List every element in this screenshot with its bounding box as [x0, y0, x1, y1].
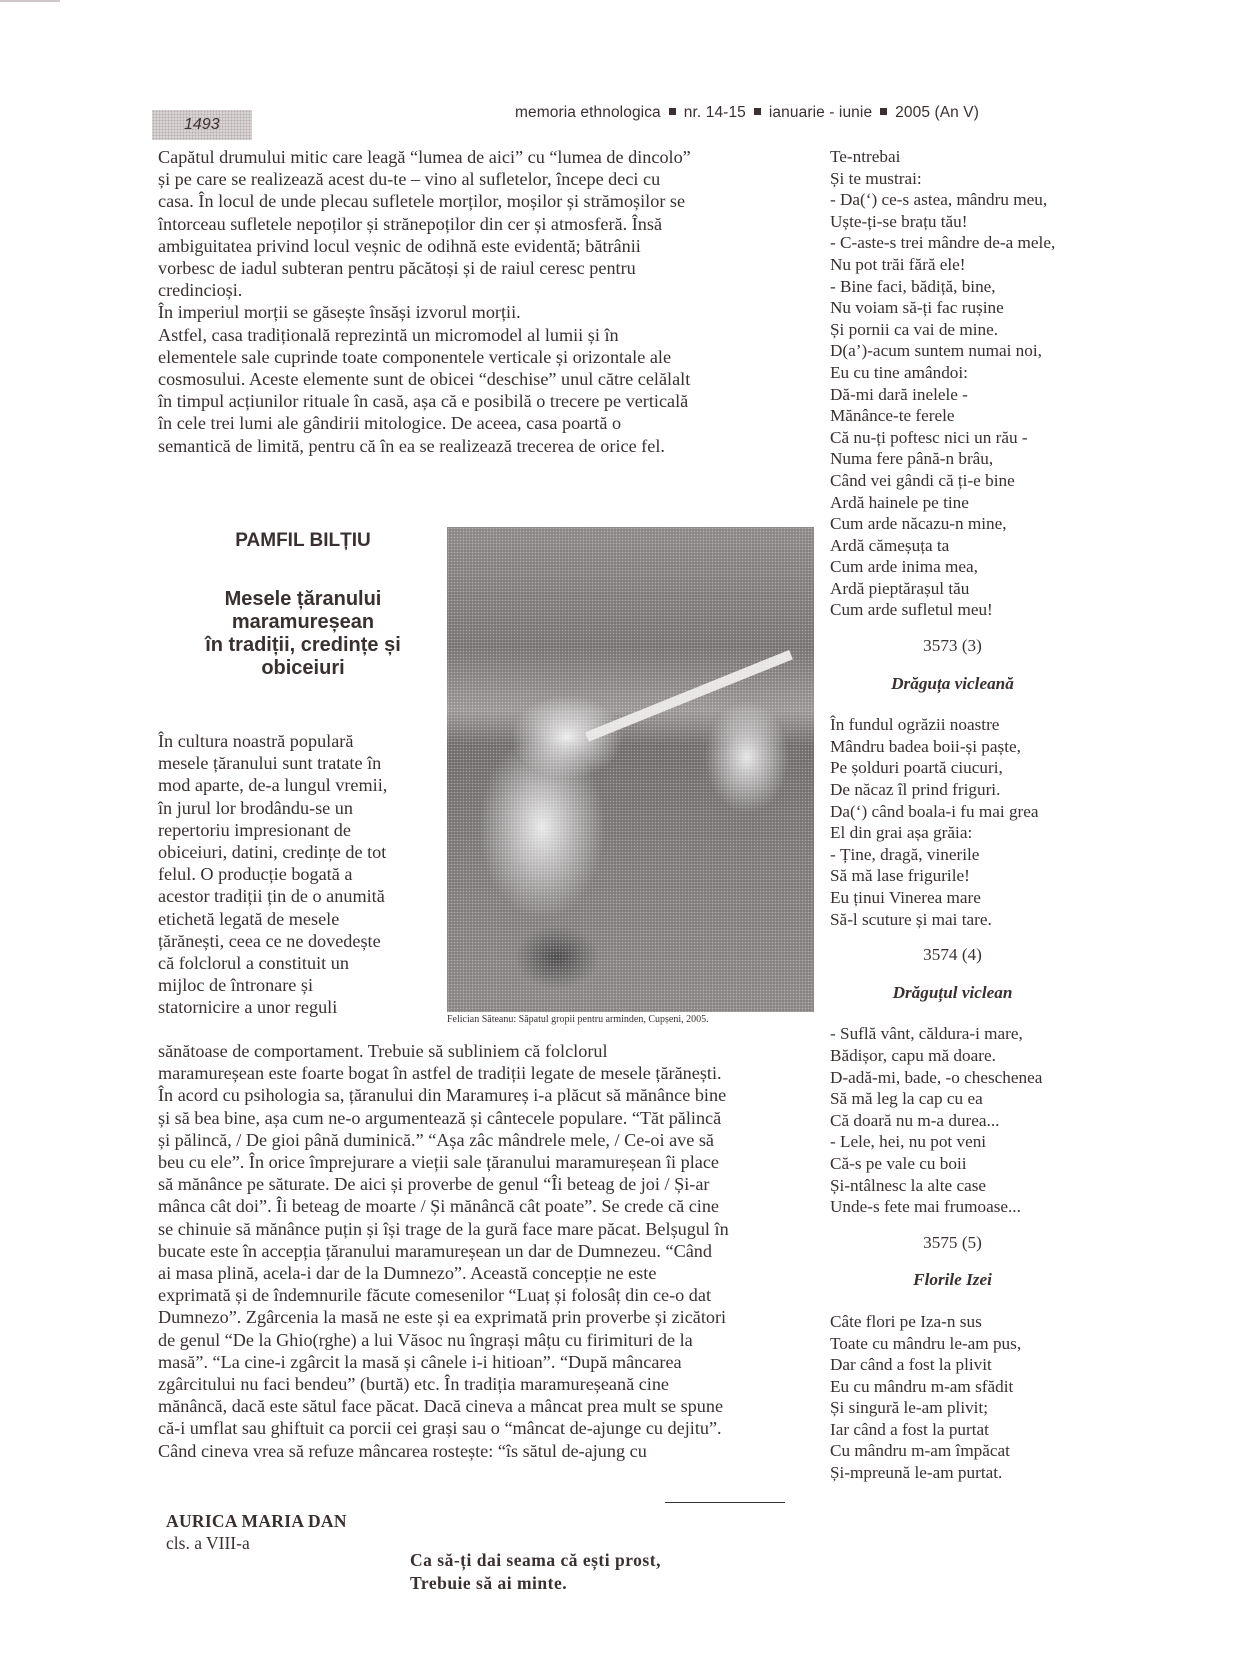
text-line: maramureșean este foarte bogat în astfel…: [158, 1062, 783, 1084]
text-line: masă”. “La cine-i zgârcit la masă și cân…: [158, 1351, 783, 1373]
text-line: întorceau sufletele nepoților și strănep…: [158, 213, 783, 235]
poem-line: Să-l scuture și mai tare.: [830, 909, 1110, 931]
text-line: țărănești, ceea ce ne dovedește: [158, 930, 438, 952]
text-line: mănâncă, dacă este sătul face păcat. Dac…: [158, 1395, 783, 1417]
text-line: exprimată și de îndemnurile făcute comes…: [158, 1284, 783, 1306]
text-line: Astfel, casa tradițională reprezintă un …: [158, 324, 783, 346]
poem-line: Eu cu tine amândoi:: [830, 362, 1110, 384]
poems-column: Te-ntrebai Și te mustrai: - Da(‘) ce-s a…: [830, 146, 1110, 1484]
poem-line: Ardă hainele pe tine: [830, 492, 1110, 514]
poem-line: Nu pot trăi fără ele!: [830, 254, 1110, 276]
poem-line: - Ține, dragă, vinerile: [830, 844, 1110, 866]
title-line: obiceiuri: [178, 657, 428, 680]
photo-pole: [585, 650, 793, 742]
text-line: Dumnezo”. Zgârcenia la masă ne este și e…: [158, 1306, 783, 1328]
poem-line: Și pornii ca vai de mine.: [830, 319, 1110, 341]
text-line: beu cu ele”. În orice împrejurare a vieț…: [158, 1151, 783, 1173]
signature-block: AURICA MARIA DAN cls. a VIII-a: [166, 1510, 347, 1554]
poem-title: Florile Izei: [830, 1269, 1075, 1291]
poem-line: Numa fere până-n brâu,: [830, 448, 1110, 470]
proverb-line: Trebuie să ai minte.: [410, 1572, 661, 1595]
poem-line: El din grai așa grăia:: [830, 822, 1110, 844]
text-line: cosmosului. Aceste elemente sunt de obic…: [158, 368, 783, 390]
photo-caption: Felician Săteanu: Săpatul gropii pentru …: [447, 1014, 709, 1025]
text-line: repertoriu impresionant de: [158, 819, 438, 841]
poem-line: Bădișor, capu mă doare.: [830, 1045, 1110, 1067]
issue-period: ianuarie - iunie: [769, 104, 872, 121]
poem-line: Mănânce-te ferele: [830, 405, 1110, 427]
scan-edge-line: [0, 0, 60, 2]
poem-line: Pe șolduri poartă ciucuri,: [830, 757, 1110, 779]
text-line: mijloc de întronare și: [158, 974, 438, 996]
text-line: de genul “De la Ghio(rghe) a lui Văsoc n…: [158, 1329, 783, 1351]
poem-line: Cum arde sufletul meu!: [830, 599, 1110, 621]
signature-name: AURICA MARIA DAN: [166, 1510, 347, 1532]
poem-line: Uște-ți-se brațu tău!: [830, 211, 1110, 233]
poem-line: Mândru badea boii-și paște,: [830, 736, 1110, 758]
article-heading: PAMFIL BILȚIU Mesele țăranului maramureș…: [178, 530, 428, 680]
poem-line: Iar când a fost la purtat: [830, 1419, 1110, 1441]
poem-number: 3573 (3): [830, 635, 1075, 657]
poem-line: Că doară nu m-a durea...: [830, 1110, 1110, 1132]
poem-number: 3574 (4): [830, 944, 1075, 966]
text-line: să mănânce pe săturate. De aici și prove…: [158, 1173, 783, 1195]
intro-text: Capătul drumului mitic care leagă “lumea…: [158, 146, 783, 457]
poem-line: Nu voiam să-ți fac rușine: [830, 297, 1110, 319]
text-line: în jurul lor brodându-se un: [158, 797, 438, 819]
poem-line: Ardă pieptărașul tău: [830, 578, 1110, 600]
text-line: în timpul acțiunilor rituale în casă, aș…: [158, 390, 783, 412]
text-line: mesele țăranului sunt tratate în: [158, 752, 438, 774]
poem-line: Că-s pe vale cu boii: [830, 1153, 1110, 1175]
title-line: maramureșean: [178, 611, 428, 634]
poem-line: Eu cu mândru m-am sfădit: [830, 1376, 1110, 1398]
text-line: Când cineva vrea să refuze mâncarea rost…: [158, 1440, 783, 1462]
horizontal-rule: [665, 1502, 785, 1503]
poem-line: În fundul ogrăzii noastre: [830, 714, 1110, 736]
poem-line: - Da(‘) ce-s astea, mândru meu,: [830, 189, 1110, 211]
poem-line: Și-mpreună le-am purtat.: [830, 1462, 1110, 1484]
text-line: felul. O producție bogată a: [158, 863, 438, 885]
text-line: elementele sale cuprinde toate component…: [158, 346, 783, 368]
poem-line: Cum arde inima mea,: [830, 556, 1110, 578]
running-header: memoria ethnologicanr. 14-15ianuarie - i…: [515, 104, 979, 122]
text-line: acestor tradiții țin de o anumită: [158, 885, 438, 907]
poem-number: 3575 (5): [830, 1232, 1075, 1254]
poem-line: Și te mustrai:: [830, 168, 1110, 190]
poem-line: Câte flori pe Iza-n sus: [830, 1311, 1110, 1333]
poem-line: Dă-mi dară inelele -: [830, 384, 1110, 406]
square-bullet-icon: [754, 108, 761, 115]
text-line: că-i umflat sau ghiftuit ca porcii cei g…: [158, 1417, 783, 1439]
poem-continued: Te-ntrebai Și te mustrai: - Da(‘) ce-s a…: [830, 146, 1110, 621]
proverb-line: Ca să-ți dai seama că ești prost,: [410, 1549, 661, 1572]
poem-line: - C-aste-s trei mândre de-a mele,: [830, 232, 1110, 254]
poem-line: De năcaz îl prind friguri.: [830, 779, 1110, 801]
poem-line: Cum arde năcazu-n mine,: [830, 513, 1110, 535]
poem-line: - Lele, hei, nu pot veni: [830, 1131, 1110, 1153]
text-line: în cele trei lumi ale gândirii mitologic…: [158, 412, 783, 434]
poem-line: Cu mândru m-am împăcat: [830, 1440, 1110, 1462]
title-line: Mesele țăranului: [178, 588, 428, 611]
poem-line: Toate cu mândru le-am pus,: [830, 1333, 1110, 1355]
text-line: În acord cu psihologia sa, țăranului din…: [158, 1084, 783, 1106]
article-text-wide: sănătoase de comportament. Trebuie să su…: [158, 1040, 783, 1462]
poem-line: Unde-s fete mai frumoase...: [830, 1196, 1110, 1218]
poem-line: Că nu-ți poftesc nici un rău -: [830, 427, 1110, 449]
text-line: zgârcitului nu faci bendeu” (burtă) etc.…: [158, 1373, 783, 1395]
article-title: Mesele țăranului maramureșean în tradiți…: [178, 588, 428, 680]
issue-number: nr. 14-15: [684, 104, 746, 121]
text-line: ambiguitatea privind locul veșnic de odi…: [158, 235, 783, 257]
text-line: și să bea bine, așa cum ne-o argumenteaz…: [158, 1107, 783, 1129]
text-line: semantică de limită, pentru că în ea se …: [158, 435, 783, 457]
article-author: PAMFIL BILȚIU: [178, 530, 428, 552]
poem-line: Și-ntâlnesc la alte case: [830, 1175, 1110, 1197]
poem-title: Drăguțul viclean: [830, 982, 1075, 1004]
poem-3575: 3575 (5) Florile Izei Câte flori pe Iza-…: [830, 1232, 1110, 1484]
text-line: sănătoase de comportament. Trebuie să su…: [158, 1040, 783, 1062]
poem-line: Dar când a fost la plivit: [830, 1354, 1110, 1376]
page-number-badge: 1493: [152, 110, 252, 140]
poem-title: Drăguța vicleană: [830, 673, 1075, 695]
issue-year: 2005 (An V): [895, 104, 979, 121]
poem-line: Te-ntrebai: [830, 146, 1110, 168]
proverb-block: Ca să-ți dai seama că ești prost, Trebui…: [410, 1549, 661, 1595]
article-text-narrow: În cultura noastră populară mesele țăran…: [158, 730, 438, 1019]
poem-line: Să mă leg la cap cu ea: [830, 1088, 1110, 1110]
poem-line: - Bine faci, bădiță, bine,: [830, 276, 1110, 298]
text-line: și pălincă, / De gioi până duminică.” “A…: [158, 1129, 783, 1151]
text-line: credincioși.: [158, 279, 783, 301]
poem-3573: 3573 (3) Drăguța vicleană În fundul ogră…: [830, 635, 1110, 930]
poem-3574: 3574 (4) Drăguțul viclean - Suflă vânt, …: [830, 944, 1110, 1218]
text-line: mod aparte, de-a lungul vremii,: [158, 774, 438, 796]
text-line: statornicire a unor reguli: [158, 996, 438, 1018]
text-line: se chinuie să mănânce puțin și își trage…: [158, 1218, 783, 1240]
text-line: ai masa plină, acela-i dar de la Dumnezo…: [158, 1262, 783, 1284]
text-line: mânca cât doi”. Îi beteag de moarte / Și…: [158, 1195, 783, 1217]
text-line: În cultura noastră populară: [158, 730, 438, 752]
poem-line: Da(‘) când boala-i fu mai grea: [830, 801, 1110, 823]
text-line: vorbesc de iadul subteran pentru păcătoș…: [158, 257, 783, 279]
article-photo: [447, 527, 814, 1012]
poem-line: Să mă lase frigurile!: [830, 865, 1110, 887]
square-bullet-icon: [669, 108, 676, 115]
text-line: etichetă legată de mesele: [158, 908, 438, 930]
square-bullet-icon: [880, 108, 887, 115]
journal-name: memoria ethnologica: [515, 104, 661, 121]
poem-line: Eu ținui Vinerea mare: [830, 887, 1110, 909]
poem-line: Când vei gândi că ți-e bine: [830, 470, 1110, 492]
text-line: bucate este în accepția țăranului maramu…: [158, 1240, 783, 1262]
text-line: În imperiul morții se găsește însăși izv…: [158, 301, 783, 323]
text-line: că folclorul a constituit un: [158, 952, 438, 974]
poem-line: D-adă-mi, bade, -o cheschenea: [830, 1067, 1110, 1089]
poem-line: D(a’)-acum suntem numai noi,: [830, 340, 1110, 362]
title-line: în tradiții, credințe și: [178, 634, 428, 657]
poem-line: Și singură le-am plivit;: [830, 1397, 1110, 1419]
text-line: casa. În locul de unde plecau sufletele …: [158, 190, 783, 212]
signature-class: cls. a VIII-a: [166, 1532, 347, 1554]
text-line: și pe care se realizează acest du-te – v…: [158, 168, 783, 190]
text-line: obiceiuri, datini, credințe de tot: [158, 841, 438, 863]
poem-line: Ardă cămeșuța ta: [830, 535, 1110, 557]
text-line: Capătul drumului mitic care leagă “lumea…: [158, 146, 783, 168]
poem-line: - Suflă vânt, căldura-i mare,: [830, 1023, 1110, 1045]
page-number: 1493: [184, 116, 220, 134]
